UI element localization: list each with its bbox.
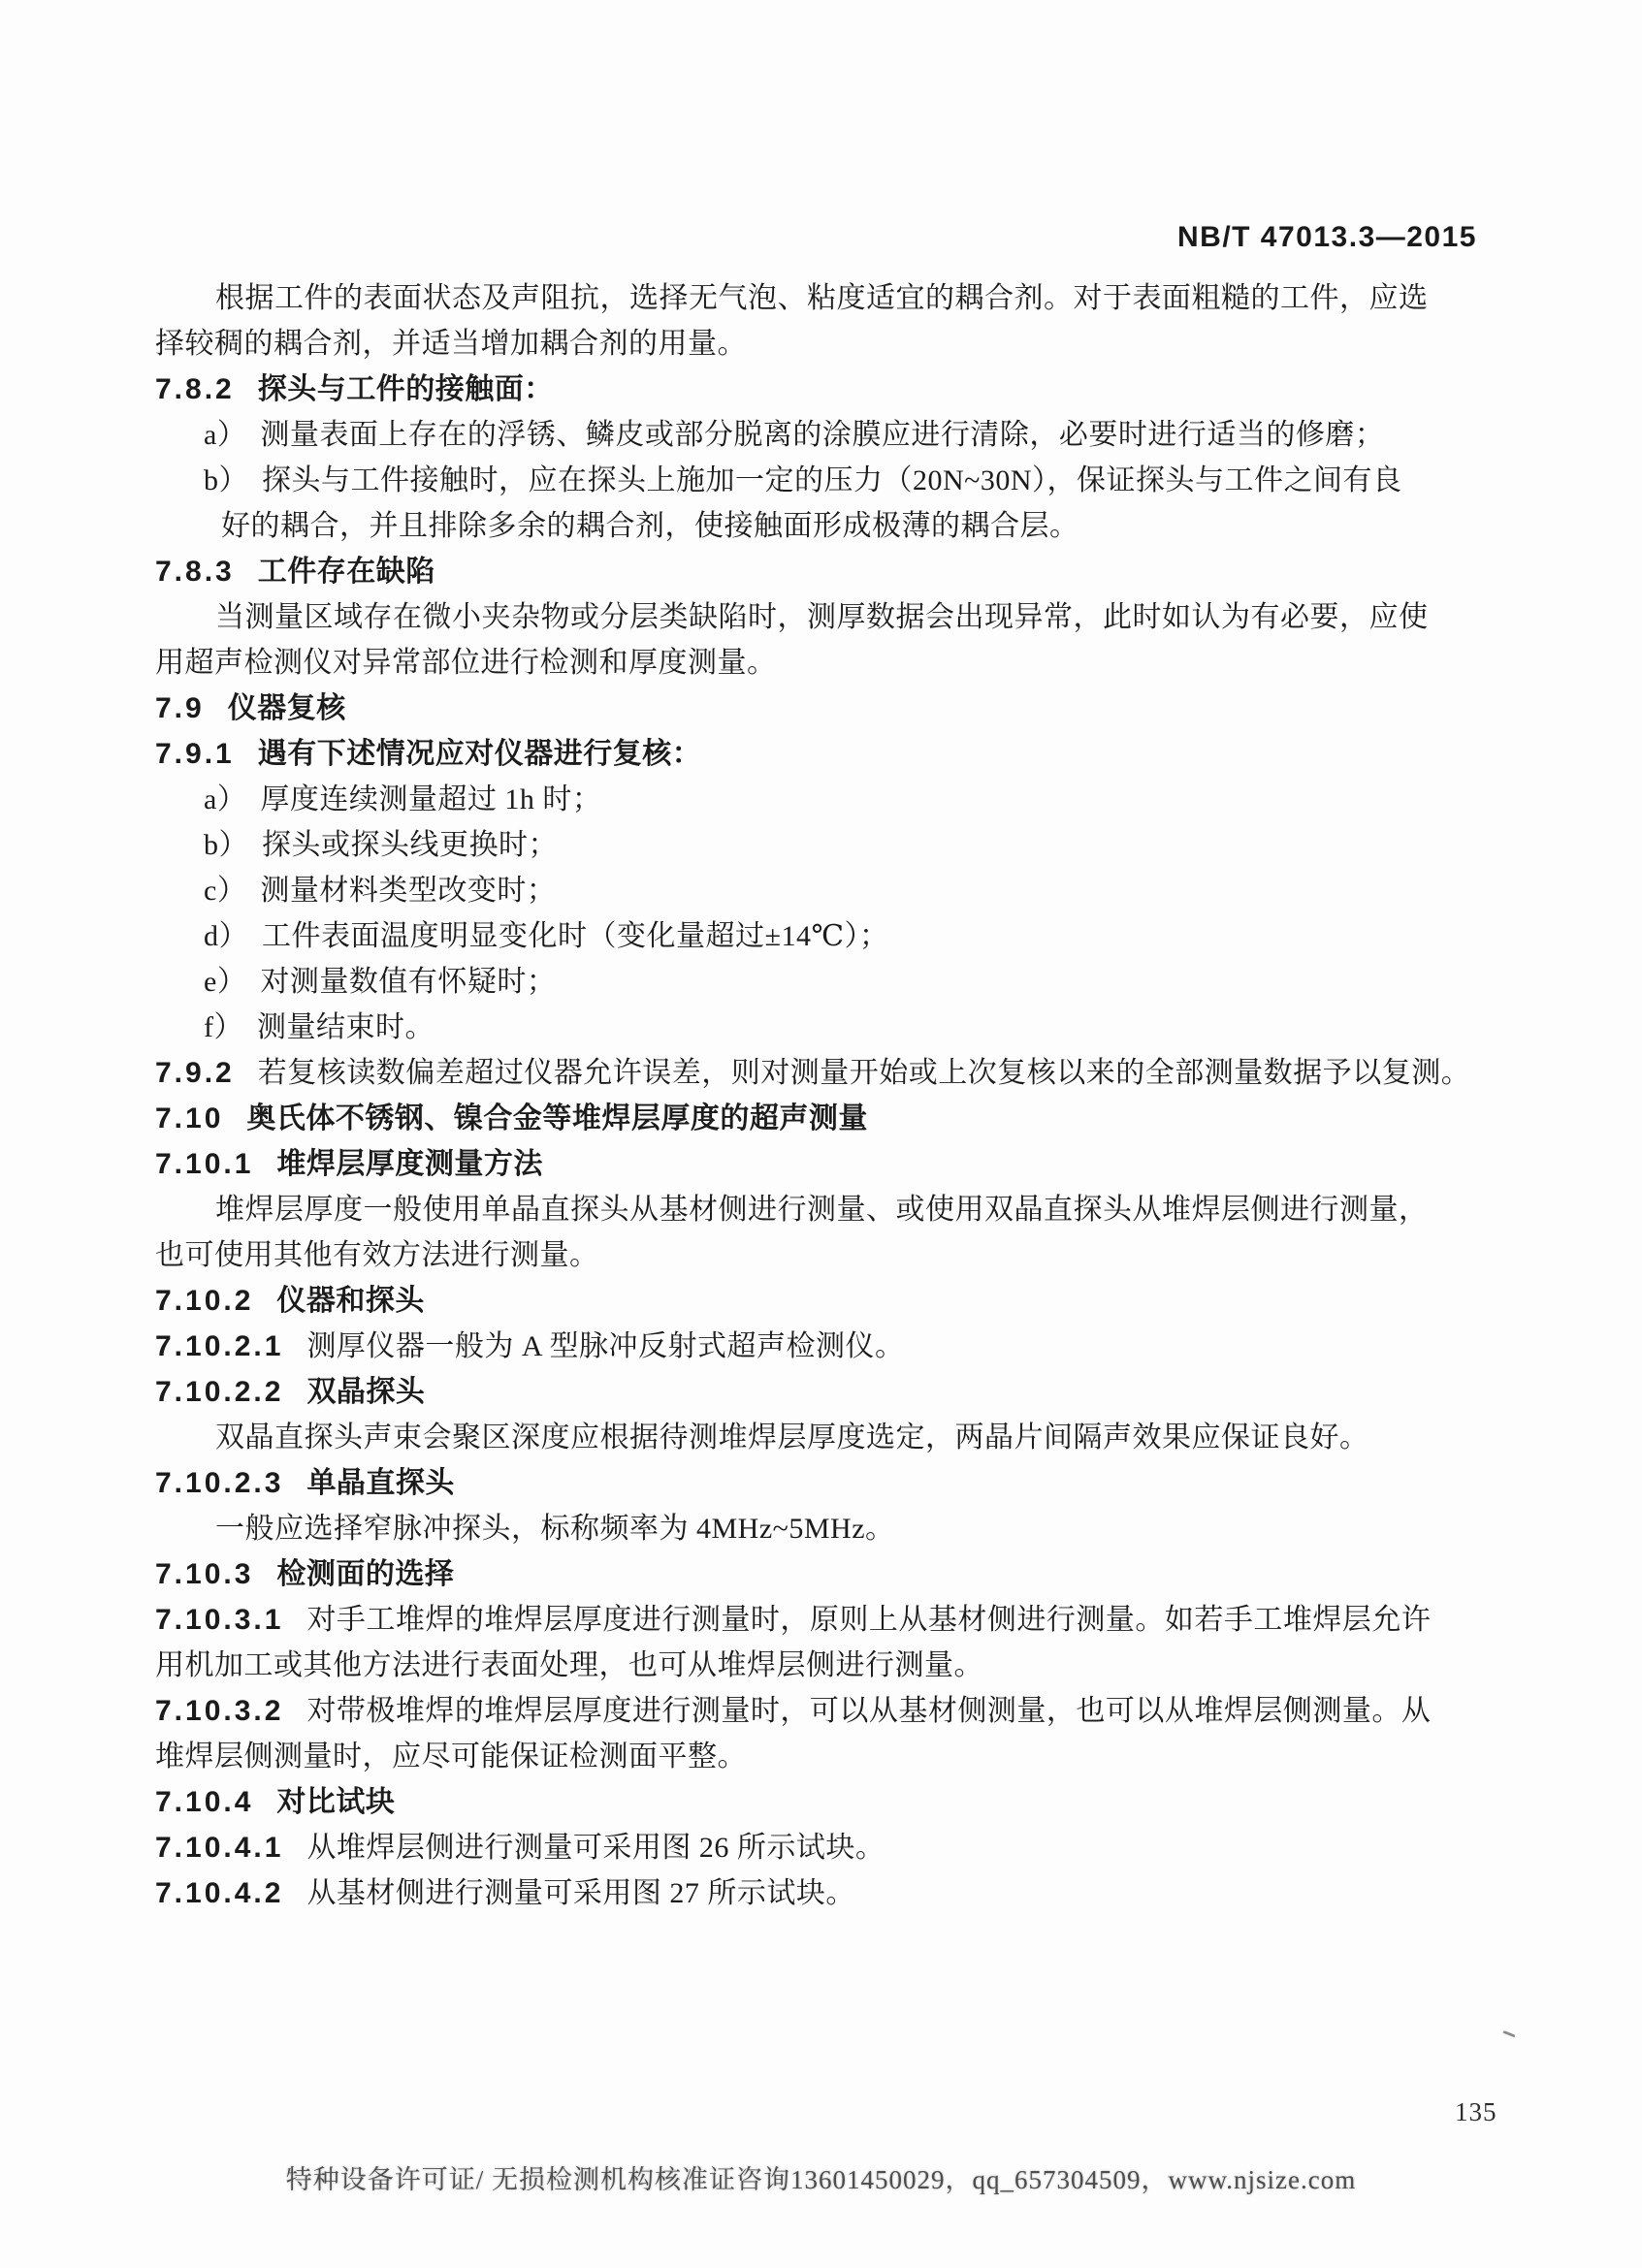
list-item-marker: e） [204, 966, 246, 998]
heading-title: 双晶探头 [306, 1376, 425, 1408]
document-body: 根据工件的表面状态及声阻抗，选择无气泡、粘度适宜的耦合剂。对于表面粗糙的工件，应… [155, 275, 1494, 1916]
list-item-text: 测量表面上存在的浮锈、鳞皮或部分脱离的涂膜应进行清除，必要时进行适当的修磨； [260, 419, 1384, 451]
paragraph-line: 当测量区域存在微小夹杂物或分层类缺陷时，测厚数据会出现异常，此时如认为有必要，应… [155, 594, 1494, 640]
section-heading: 7.10.4对比试块 [155, 1779, 1494, 1825]
document-page: NB/T 47013.3—2015 根据工件的表面状态及声阻抗，选择无气泡、粘度… [0, 0, 1642, 2268]
list-item-marker: d） [204, 920, 248, 952]
list-item-marker: a） [204, 419, 246, 451]
clause-number: 7.10.2.1 [155, 1330, 283, 1362]
paragraph-text: 一般应选择窄脉冲探头，标称频率为 4MHz~5MHz。 [215, 1513, 895, 1545]
scan-artifact [1501, 2030, 1515, 2040]
clause-number: 7.8.3 [155, 556, 235, 588]
clause-line: 用机加工或其他方法进行表面处理，也可从堆焊层侧进行测量。 [155, 1643, 1494, 1688]
section-heading: 7.10.3检测面的选择 [155, 1551, 1494, 1597]
clause-text: 对带极堆焊的堆焊层厚度进行测量时，可以从基材侧测量，也可以从堆焊层侧测量。从 [306, 1695, 1431, 1727]
clause-number: 7.10.2.3 [155, 1467, 283, 1499]
list-item-line: e）对测量数值有怀疑时； [155, 959, 1494, 1005]
heading-title: 探头与工件的接触面： [258, 373, 554, 405]
clause-number: 7.9 [155, 692, 205, 724]
paragraph-text: 择较稠的耦合剂，并适当增加耦合剂的用量。 [155, 328, 747, 360]
paragraph-text: 双晶直探头声束会聚区深度应根据待测堆焊层厚度选定，两晶片间隔声效果应保证良好。 [215, 1421, 1369, 1453]
paragraph-text: 根据工件的表面状态及声阻抗，选择无气泡、粘度适宜的耦合剂。对于表面粗糙的工件，应… [215, 282, 1429, 314]
clause-number: 7.10.2.2 [155, 1376, 283, 1408]
paragraph-line: 择较稠的耦合剂，并适当增加耦合剂的用量。 [155, 321, 1494, 367]
clause-line: 堆焊层侧测量时，应尽可能保证检测面平整。 [155, 1734, 1494, 1779]
list-item-text: 好的耦合，并且排除多余的耦合剂，使接触面形成极薄的耦合层。 [221, 510, 1079, 542]
clause-text: 测厚仪器一般为 A 型脉冲反射式超声检测仪。 [306, 1330, 904, 1362]
clause-line: 7.10.4.1从堆焊层侧进行测量可采用图 26 所示试块。 [155, 1825, 1494, 1870]
list-item-marker: a） [204, 783, 246, 815]
clause-number: 7.9.2 [155, 1057, 235, 1089]
section-heading: 7.9.1遇有下述情况应对仪器进行复核： [155, 731, 1494, 777]
clause-text: 若复核读数偏差超过仪器允许误差，则对测量开始或上次复核以来的全部测量数据予以复测… [258, 1057, 1471, 1089]
list-item-line: 好的耦合，并且排除多余的耦合剂，使接触面形成极薄的耦合层。 [155, 503, 1494, 549]
list-item-line: b）探头或探头线更换时； [155, 822, 1494, 868]
clause-number: 7.10.1 [155, 1148, 253, 1180]
list-item-marker: c） [204, 875, 246, 907]
paragraph-text: 也可使用其他有效方法进行测量。 [155, 1239, 599, 1271]
clause-number: 7.10.4 [155, 1786, 253, 1818]
clause-line: 7.10.2.1测厚仪器一般为 A 型脉冲反射式超声检测仪。 [155, 1324, 1494, 1369]
list-item-text: 探头与工件接触时，应在探头上施加一定的压力（20N~30N），保证探头与工件之间… [262, 464, 1402, 496]
list-item-marker: f） [204, 1011, 243, 1043]
clause-line: 7.10.4.2从基材侧进行测量可采用图 27 所示试块。 [155, 1870, 1494, 1916]
clause-line: 7.9.2若复核读数偏差超过仪器允许误差，则对测量开始或上次复核以来的全部测量数… [155, 1050, 1494, 1096]
section-heading: 7.10.2.3单晶直探头 [155, 1460, 1494, 1506]
section-heading: 7.10.2仪器和探头 [155, 1278, 1494, 1324]
clause-text: 从基材侧进行测量可采用图 27 所示试块。 [306, 1877, 855, 1909]
list-item-line: c）测量材料类型改变时； [155, 868, 1494, 913]
clause-number: 7.10.4.1 [155, 1832, 283, 1864]
list-item-line: f）测量结束时。 [155, 1005, 1494, 1050]
standard-number: NB/T 47013.3—2015 [1177, 221, 1477, 253]
section-heading: 7.10奥氏体不锈钢、镍合金等堆焊层厚度的超声测量 [155, 1096, 1494, 1141]
paragraph-line: 也可使用其他有效方法进行测量。 [155, 1232, 1494, 1278]
list-item-text: 工件表面温度明显变化时（变化量超过±14℃）； [262, 920, 889, 952]
section-heading: 7.8.2探头与工件的接触面： [155, 367, 1494, 412]
clause-number: 7.10.3.2 [155, 1695, 283, 1727]
clause-text: 用机加工或其他方法进行表面处理，也可从堆焊层侧进行测量。 [155, 1649, 983, 1681]
clause-number: 7.10.3 [155, 1558, 253, 1590]
list-item-marker: b） [204, 829, 248, 861]
page-header: NB/T 47013.3—2015 [0, 221, 1477, 254]
paragraph-text: 用超声检测仪对异常部位进行检测和厚度测量。 [155, 647, 777, 679]
heading-title: 工件存在缺陷 [258, 556, 435, 588]
heading-title: 遇有下述情况应对仪器进行复核： [258, 738, 702, 770]
heading-title: 仪器复核 [228, 692, 346, 724]
paragraph-line: 双晶直探头声束会聚区深度应根据待测堆焊层厚度选定，两晶片间隔声效果应保证良好。 [155, 1415, 1494, 1460]
section-heading: 7.8.3工件存在缺陷 [155, 549, 1494, 594]
list-item-text: 测量材料类型改变时； [260, 875, 556, 907]
clause-text: 堆焊层侧测量时，应尽可能保证检测面平整。 [155, 1741, 747, 1773]
section-heading: 7.10.1堆焊层厚度测量方法 [155, 1141, 1494, 1187]
clause-number: 7.9.1 [155, 738, 235, 770]
heading-title: 检测面的选择 [276, 1558, 454, 1590]
heading-title: 仪器和探头 [276, 1285, 425, 1317]
list-item-line: b）探头与工件接触时，应在探头上施加一定的压力（20N~30N），保证探头与工件… [155, 458, 1494, 503]
paragraph-line: 堆焊层厚度一般使用单晶直探头从基材侧进行测量、或使用双晶直探头从堆焊层侧进行测量… [155, 1187, 1494, 1232]
heading-title: 堆焊层厚度测量方法 [276, 1148, 543, 1180]
list-item-line: d）工件表面温度明显变化时（变化量超过±14℃）； [155, 913, 1494, 959]
list-item-text: 对测量数值有怀疑时； [260, 966, 556, 998]
clause-number: 7.10 [155, 1102, 223, 1134]
paragraph-text: 当测量区域存在微小夹杂物或分层类缺陷时，测厚数据会出现异常，此时如认为有必要，应… [215, 601, 1429, 633]
clause-number: 7.10.3.1 [155, 1604, 283, 1636]
footer-watermark: 特种设备许可证/ 无损检测机构核准证咨询13601450029，qq_65730… [0, 2158, 1642, 2196]
list-item-text: 探头或探头线更换时； [262, 829, 558, 861]
section-heading: 7.9仪器复核 [155, 686, 1494, 731]
clause-number: 7.10.2 [155, 1285, 253, 1317]
clause-line: 7.10.3.2对带极堆焊的堆焊层厚度进行测量时，可以从基材侧测量，也可以从堆焊… [155, 1688, 1494, 1734]
list-item-text: 厚度连续测量超过 1h 时； [260, 783, 601, 815]
paragraph-line: 一般应选择窄脉冲探头，标称频率为 4MHz~5MHz。 [155, 1506, 1494, 1551]
page-number: 135 [1455, 2097, 1497, 2127]
list-item-line: a）厚度连续测量超过 1h 时； [155, 777, 1494, 822]
heading-title: 对比试块 [276, 1786, 395, 1818]
section-heading: 7.10.2.2双晶探头 [155, 1369, 1494, 1415]
heading-title: 奥氏体不锈钢、镍合金等堆焊层厚度的超声测量 [246, 1102, 868, 1134]
list-item-text: 测量结束时。 [257, 1011, 435, 1043]
paragraph-line: 根据工件的表面状态及声阻抗，选择无气泡、粘度适宜的耦合剂。对于表面粗糙的工件，应… [155, 275, 1494, 321]
list-item-marker: b） [204, 464, 248, 496]
paragraph-text: 堆焊层厚度一般使用单晶直探头从基材侧进行测量、或使用双晶直探头从堆焊层侧进行测量… [215, 1194, 1429, 1226]
clause-text: 从堆焊层侧进行测量可采用图 26 所示试块。 [306, 1832, 885, 1864]
clause-number: 7.8.2 [155, 373, 235, 405]
list-item-line: a）测量表面上存在的浮锈、鳞皮或部分脱离的涂膜应进行清除，必要时进行适当的修磨； [155, 412, 1494, 458]
clause-line: 7.10.3.1对手工堆焊的堆焊层厚度进行测量时，原则上从基材侧进行测量。如若手… [155, 1597, 1494, 1643]
heading-title: 单晶直探头 [306, 1467, 455, 1499]
clause-text: 对手工堆焊的堆焊层厚度进行测量时，原则上从基材侧进行测量。如若手工堆焊层允许 [306, 1604, 1431, 1636]
paragraph-line: 用超声检测仪对异常部位进行检测和厚度测量。 [155, 640, 1494, 686]
clause-number: 7.10.4.2 [155, 1877, 283, 1909]
